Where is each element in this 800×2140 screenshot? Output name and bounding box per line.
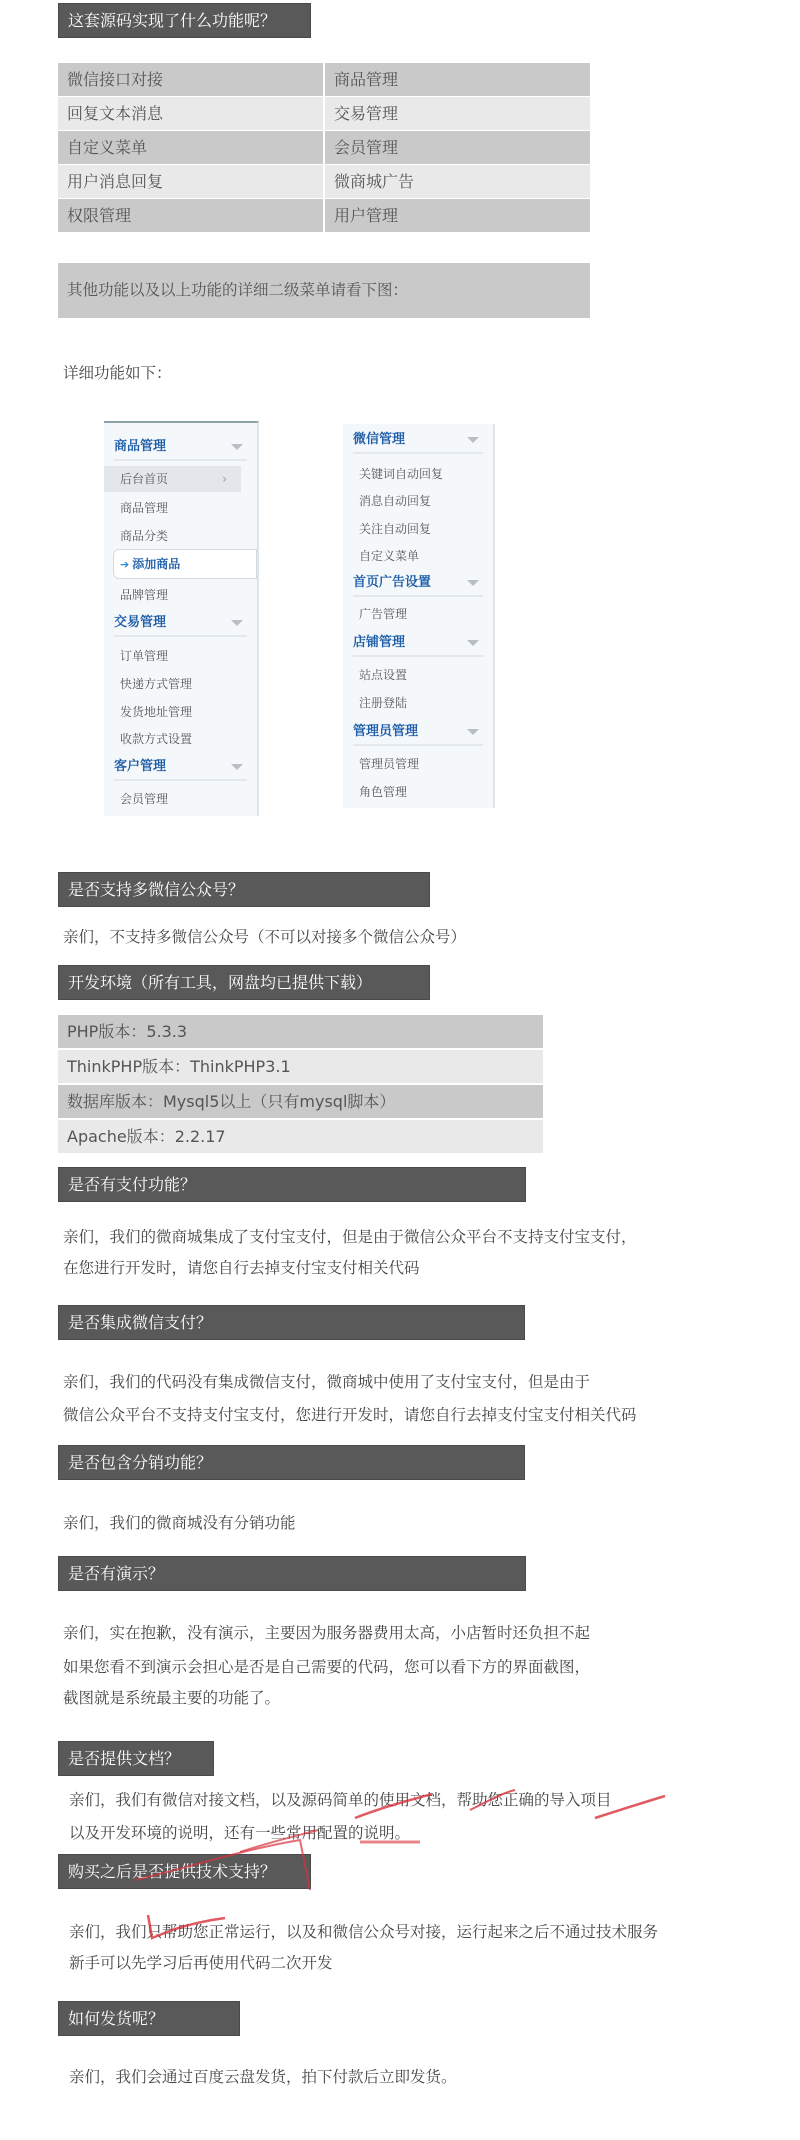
menu-item[interactable]: 站点设置 — [359, 662, 407, 688]
caret-down-icon — [467, 640, 479, 646]
faq-heading-demo: 是否有演示？ — [58, 1556, 526, 1591]
menu-item[interactable]: 商品分类 — [120, 523, 168, 549]
faq-answer: 亲们，实在抱歉，没有演示，主要因为服务器费用太高，小店暂时还负担不起 — [63, 1617, 590, 1649]
table-row: Apache版本：2.2.17 — [58, 1120, 543, 1153]
arrow-right-icon: ➔ — [120, 558, 129, 571]
menu-item-active[interactable]: ➔添加商品 — [113, 549, 257, 579]
table-cell: Apache版本：2.2.17 — [58, 1120, 543, 1153]
menu-item[interactable]: 广告管理 — [359, 601, 407, 627]
faq-answer: 亲们，我们会通过百度云盘发货，拍下付款后立即发货。 — [69, 2061, 457, 2093]
menu-group-header[interactable]: 首页广告设置 — [353, 569, 483, 597]
caret-down-icon — [467, 580, 479, 586]
caret-down-icon — [467, 437, 479, 443]
faq-heading-environment: 开发环境（所有工具，网盘均已提供下载） — [58, 965, 430, 1000]
menu-item[interactable]: 自定义菜单 — [359, 543, 419, 569]
table-row: 数据库版本：Mysql5以上（只有mysql脚本） — [58, 1085, 543, 1118]
caret-down-icon — [231, 444, 243, 450]
table-row: 权限管理 用户管理 — [58, 199, 590, 232]
menu-group-header[interactable]: 商品管理 — [114, 433, 247, 461]
caret-down-icon — [231, 764, 243, 770]
menu-item[interactable]: 消息自动回复 — [359, 488, 431, 514]
menu-item[interactable]: 快递方式管理 — [120, 671, 192, 697]
menu-group-title: 客户管理 — [114, 759, 166, 774]
table-row: 自定义菜单 会员管理 — [58, 131, 590, 164]
detail-label: 详细功能如下： — [63, 357, 172, 389]
other-features-note: 其他功能以及以上功能的详细二级菜单请看下图： — [58, 263, 590, 318]
feature-table: 微信接口对接 商品管理 回复文本消息 交易管理 自定义菜单 会员管理 用户消息回… — [58, 63, 590, 233]
menu-group-title: 微信管理 — [353, 432, 405, 447]
menu-screenshot-right: 微信管理 关键词自动回复 消息自动回复 关注自动回复 自定义菜单 首页广告设置 … — [343, 424, 495, 808]
faq-answer: 亲们，不支持多微信公众号（不可以对接多个微信公众号） — [63, 921, 466, 953]
faq-answer: 亲们，我们的微商城没有分销功能 — [63, 1507, 296, 1539]
menu-group-header[interactable]: 客户管理 — [114, 753, 247, 781]
menu-item[interactable]: 注册登陆 — [359, 690, 407, 716]
environment-table: PHP版本：5.3.3 ThinkPHP版本：ThinkPHP3.1 数据库版本… — [58, 1015, 543, 1154]
menu-item[interactable]: 收款方式设置 — [120, 726, 192, 752]
faq-answer: 亲们，我们的代码没有集成微信支付，微商城中使用了支付宝支付，但是由于 — [63, 1366, 590, 1398]
faq-heading-support: 购买之后是否提供技术支持？ — [58, 1854, 311, 1889]
table-cell: 微信接口对接 — [58, 63, 323, 96]
faq-answer: 在您进行开发时，请您自行去掉支付宝支付相关代码 — [63, 1252, 420, 1284]
menu-item[interactable]: 后台首页 › — [104, 466, 241, 492]
table-cell: PHP版本：5.3.3 — [58, 1015, 543, 1048]
table-row: 回复文本消息 交易管理 — [58, 97, 590, 130]
menu-item[interactable]: 管理员管理 — [359, 751, 419, 777]
faq-answer: 微信公众平台不支持支付宝支付，您进行开发时，请您自行去掉支付宝支付相关代码 — [63, 1399, 637, 1431]
table-cell: 用户消息回复 — [58, 165, 323, 198]
caret-down-icon — [467, 729, 479, 735]
menu-item[interactable]: 关注自动回复 — [359, 516, 431, 542]
menu-group-header[interactable]: 微信管理 — [353, 426, 483, 454]
table-cell: 数据库版本：Mysql5以上（只有mysql脚本） — [58, 1085, 543, 1118]
menu-item[interactable]: 关键词自动回复 — [359, 461, 443, 487]
table-row: 微信接口对接 商品管理 — [58, 63, 590, 96]
menu-group-title: 店铺管理 — [353, 635, 405, 650]
menu-group-title: 首页广告设置 — [353, 575, 431, 590]
menu-item[interactable]: 订单管理 — [120, 643, 168, 669]
menu-screenshot-left: 商品管理 后台首页 › 商品管理 商品分类 ➔添加商品 品牌管理 交易管理 订单… — [104, 421, 259, 816]
menu-group-header[interactable]: 交易管理 — [114, 609, 247, 637]
menu-item[interactable]: 会员管理 — [120, 786, 168, 812]
faq-heading-wechat-pay: 是否集成微信支付？ — [58, 1305, 525, 1340]
faq-heading-payment: 是否有支付功能？ — [58, 1167, 526, 1202]
menu-item[interactable]: 品牌管理 — [120, 582, 168, 608]
table-cell: ThinkPHP版本：ThinkPHP3.1 — [58, 1050, 543, 1083]
faq-heading-multi-account: 是否支持多微信公众号？ — [58, 872, 430, 907]
faq-answer: 新手可以先学习后再使用代码二次开发 — [69, 1947, 333, 1979]
chevron-right-icon: › — [222, 466, 227, 492]
faq-answer: 亲们，我们有微信对接文档，以及源码简单的使用文档，帮助您正确的导入项目 — [69, 1784, 612, 1816]
menu-group-title: 商品管理 — [114, 439, 166, 454]
menu-item[interactable]: 角色管理 — [359, 779, 407, 805]
table-cell: 用户管理 — [325, 199, 590, 232]
table-cell: 自定义菜单 — [58, 131, 323, 164]
faq-answer: 如果您看不到演示会担心是否是自己需要的代码，您可以看下方的界面截图， — [63, 1651, 590, 1683]
menu-group-title: 交易管理 — [114, 615, 166, 630]
faq-answer: 以及开发环境的说明，还有一些常用配置的说明。 — [69, 1817, 410, 1849]
caret-down-icon — [231, 620, 243, 626]
menu-item-label: 后台首页 — [120, 472, 168, 486]
faq-answer: 亲们，我们的微商城集成了支付宝支付，但是由于微信公众平台不支持支付宝支付， — [63, 1221, 637, 1253]
table-row: ThinkPHP版本：ThinkPHP3.1 — [58, 1050, 543, 1083]
table-cell: 权限管理 — [58, 199, 323, 232]
faq-heading-docs: 是否提供文档？ — [58, 1741, 214, 1776]
faq-answer: 截图就是系统最主要的功能了。 — [63, 1682, 280, 1714]
table-cell: 交易管理 — [325, 97, 590, 130]
faq-heading-distribution: 是否包含分销功能？ — [58, 1445, 525, 1480]
table-row: PHP版本：5.3.3 — [58, 1015, 543, 1048]
menu-group-title: 管理员管理 — [353, 724, 418, 739]
faq-heading-shipping: 如何发货呢？ — [58, 2001, 240, 2036]
menu-group-header[interactable]: 管理员管理 — [353, 718, 483, 746]
table-cell: 回复文本消息 — [58, 97, 323, 130]
table-cell: 微商城广告 — [325, 165, 590, 198]
menu-item[interactable]: 商品管理 — [120, 495, 168, 521]
menu-item[interactable]: 发货地址管理 — [120, 699, 192, 725]
faq-answer: 亲们，我们只帮助您正常运行，以及和微信公众号对接，运行起来之后不通过技术服务 — [69, 1916, 658, 1948]
table-cell: 会员管理 — [325, 131, 590, 164]
menu-group-header[interactable]: 店铺管理 — [353, 629, 483, 657]
table-cell: 商品管理 — [325, 63, 590, 96]
section-heading-features: 这套源码实现了什么功能呢？ — [58, 3, 311, 38]
menu-item-label: 添加商品 — [132, 557, 180, 571]
table-row: 用户消息回复 微商城广告 — [58, 165, 590, 198]
